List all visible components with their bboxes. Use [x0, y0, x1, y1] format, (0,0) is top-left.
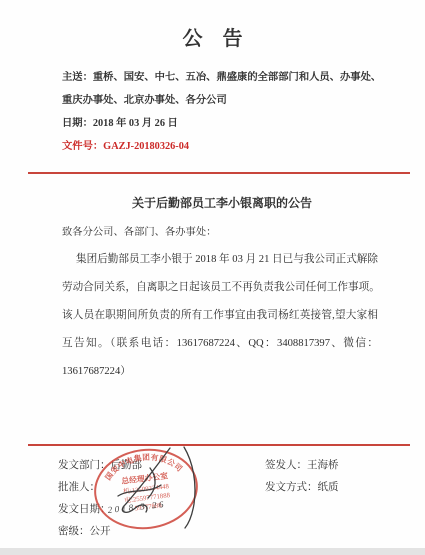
document-title: 公 告 [0, 22, 425, 51]
body-line: 劳动合同关系，自离职之日起该员工不再负责我公司任何工作事项。 [62, 274, 378, 302]
company-seal-icon: 国安中电集团有限公司 总经理办公室 机:13509334448 电:255977… [91, 444, 202, 534]
field-label: 签发人： [265, 460, 307, 471]
field-label: 发文方式： [265, 482, 318, 493]
body-line: 该人员在职期间所负责的所有工作事宜由我司杨红英接管,望大家相 [62, 302, 378, 330]
notice-title: 关于后勤部员工李小银离职的公告 [62, 194, 382, 211]
salutation: 致各分公司、各部门、各办事处： [62, 223, 216, 238]
footer-field-row: 签发人：王海桥 [265, 455, 339, 477]
document-header: 主送：重桥、国安、中七、五冶、鼎盛康的全部部门和人员、办事处、重庆办事处、北京办… [62, 66, 383, 158]
page-bottom-edge [0, 548, 425, 555]
date-line: 日期：2018 年 03 月 26 日 [62, 112, 383, 135]
handwritten-date: 2018 3 26 [107, 499, 166, 515]
footer-field-row: 发文方式：纸质 [265, 477, 339, 499]
body-line: 13617687224） [62, 358, 378, 386]
red-divider-top [28, 172, 410, 174]
field-value: 王海桥 [307, 460, 339, 471]
footer-right-column: 签发人：王海桥发文方式：纸质 [265, 455, 339, 499]
body-line: 互告知。（联系电话：13617687224、QQ：3408817397、微信： [62, 330, 378, 358]
body-line: 集团后勤部员工李小银于 2018 年 03 月 21 日已与我公司正式解除 [62, 246, 378, 274]
notice-body: 集团后勤部员工李小银于 2018 年 03 月 21 日已与我公司正式解除劳动合… [62, 246, 378, 386]
recipients-line: 主送：重桥、国安、中七、五冶、鼎盛康的全部部门和人员、办事处、重庆办事处、北京办… [62, 66, 383, 112]
company-seal-and-signature: 国安中电集团有限公司 总经理办公室 机:13509334448 电:255977… [78, 436, 224, 552]
field-value: 纸质 [318, 482, 339, 493]
announcement-document: 公 告 主送：重桥、国安、中七、五冶、鼎盛康的全部部门和人员、办事处、重庆办事处… [0, 0, 425, 555]
docno-line: 文件号：GAZJ-20180326-04 [62, 135, 383, 158]
